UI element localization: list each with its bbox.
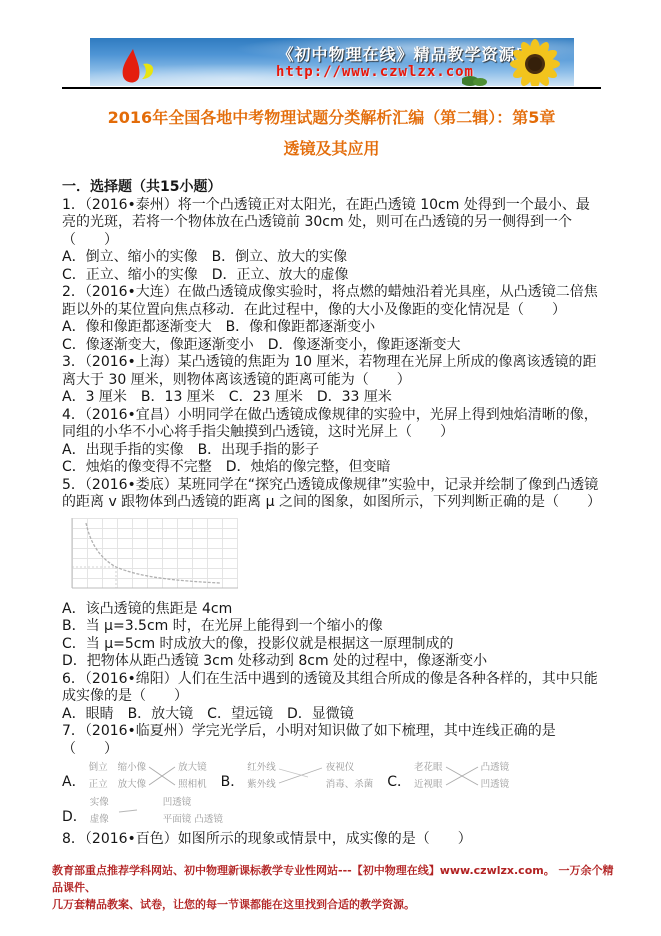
question-stem: 5．（2016•娄底）某班同学在“探究凸透镜成像规律”实验中，记录并绘制了像到凸… [62, 477, 601, 512]
question-stem: 7．（2016•临夏州）学完光学后，小明对知识做了如下梳理，其中连线正确的是（ … [62, 723, 601, 758]
page-title-line2: 透镜及其应用 [62, 133, 601, 164]
option-label: A． [62, 775, 89, 791]
option-line: A．3 厘米 B．13 厘米 C．23 厘米 D．33 厘米 [62, 389, 601, 407]
document-page: 《初中物理在线》精品教学资源库 http://www.czwlzx.com [0, 0, 661, 936]
option-line: C．正立、缩小的实像 D．正立、放大的虚像 [62, 267, 601, 285]
option-line: B．当 μ=3.5cm 时，在光屏上能得到一个缩小的像 [62, 618, 601, 636]
diagram-term: 凹透镜 [481, 778, 510, 791]
option-line: C．烛焰的像变得不完整 D．烛焰的像完整，但变暗 [62, 459, 601, 477]
question-stem: 3．（2016•上海）某凸透镜的焦距为 10 厘米，若物理在光屏上所成的像离该透… [62, 354, 601, 389]
q5-v-u-graph [62, 515, 248, 599]
header-divider [62, 87, 601, 89]
diagram-term: 夜视仪 [326, 761, 374, 774]
diagram-term: 红外线 [247, 761, 276, 774]
page-title-line1: 2016年全国各地中考物理试题分类解析汇编（第二辑）：第5章 [62, 102, 601, 133]
diagram-term: 消毒、杀菌 [326, 778, 374, 791]
site-logo-icon [114, 48, 162, 86]
option-line: A．像和像距都逐渐变大 B．像和像距都逐渐变小 [62, 319, 601, 337]
diagram-term: 缩小像 [118, 761, 147, 774]
diagram-term: 放大镜 [178, 761, 207, 774]
diagram-term: 凸透镜 [481, 761, 510, 774]
q7-group-c: C． 老花眼 近视眼 凸透镜 [387, 761, 509, 791]
page-footer: 教育部重点推荐学科网站、初中物理新课标教学专业性网站---【初中物理在线】www… [52, 862, 614, 913]
question-stem: 8．（2016•百色）如图所示的现象或情景中，成实像的是（ ） [62, 831, 601, 849]
diagram-term: 紫外线 [247, 778, 276, 791]
option-line: C．像逐渐变大，像距逐渐变小 D．像逐渐变小，像距逐渐变大 [62, 337, 601, 355]
section-heading: 一．选择题（共15小题） [62, 179, 601, 197]
option-line: C．当 μ=5cm 时成放大的像，投影仪就是根据这一原理制成的 [62, 636, 601, 654]
cross-connector-icon [148, 763, 176, 789]
option-label: B． [221, 775, 248, 791]
question-stem: 1．（2016•泰州）将一个凸透镜正对太阳光，在距凸透镜 10cm 处得到一个最… [62, 197, 601, 250]
question-7: 7．（2016•临夏州）学完光学后，小明对知识做了如下梳理，其中连线正确的是（ … [62, 723, 601, 826]
graph-curve [62, 515, 248, 599]
question-stem: 4．（2016•宜昌）小明同学在做凸透镜成像规律的实验中，光屏上得到烛焰清晰的像… [62, 407, 601, 442]
line-connector-icon [278, 763, 324, 789]
diagram-term: 照相机 [178, 778, 207, 791]
diagram-term: 放大像 [118, 778, 147, 791]
q7-connection-diagram: A． 倒立 正立 缩小像 放大像 [62, 761, 601, 826]
option-label: D． [62, 810, 90, 826]
diagram-term: 老花眼 [414, 761, 443, 774]
question-4: 4．（2016•宜昌）小明同学在做凸透镜成像规律的实验中，光屏上得到烛焰清晰的像… [62, 407, 601, 477]
sunflower-image [502, 38, 568, 86]
diagram-term: 实像 [90, 796, 109, 809]
q7-group-d: D． 实像 虚像 凹透 [62, 796, 223, 826]
page-title: 2016年全国各地中考物理试题分类解析汇编（第二辑）：第5章 透镜及其应用 [62, 102, 601, 164]
question-3: 3．（2016•上海）某凸透镜的焦距为 10 厘米，若物理在光屏上所成的像离该透… [62, 354, 601, 407]
option-line: D．把物体从距凸透镜 3cm 处移动到 8cm 处的过程中，像逐渐变小 [62, 653, 601, 671]
document-content: 《初中物理在线》精品教学资源库 http://www.czwlzx.com [62, 0, 601, 849]
line-connector-icon [109, 798, 163, 824]
site-header-banner: 《初中物理在线》精品教学资源库 http://www.czwlzx.com [90, 38, 574, 86]
diagram-term: 凹透镜 [163, 796, 223, 809]
question-stem: 6．（2016•绵阳）人们在生活中遇到的透镜及其组合所成的像是各种各样的，其中只… [62, 671, 601, 706]
question-2: 2．（2016•大连）在做凸透镜成像实验时，将点燃的蜡烛沿着光具座，从凸透镜二倍… [62, 284, 601, 354]
q7-group-b: B． 红外线 紫外线 夜视仪 [221, 761, 374, 791]
q7-group-a: A． 倒立 正立 缩小像 放大像 [62, 761, 207, 791]
diagram-term: 近视眼 [414, 778, 443, 791]
footer-line1: 教育部重点推荐学科网站、初中物理新课标教学专业性网站---【初中物理在线】www… [52, 862, 614, 896]
diagram-term: 正立 [89, 778, 108, 791]
option-line: A．眼睛 B．放大镜 C．望远镜 D．显微镜 [62, 706, 601, 724]
question-8: 8．（2016•百色）如图所示的现象或情景中，成实像的是（ ） [62, 831, 601, 849]
question-6: 6．（2016•绵阳）人们在生活中遇到的透镜及其组合所成的像是各种各样的，其中只… [62, 671, 601, 724]
footer-line2: 几万套精品教案、试卷，让您的每一节课都能在这里找到合适的教学资源。 [52, 896, 614, 913]
question-stem: 2．（2016•大连）在做凸透镜成像实验时，将点燃的蜡烛沿着光具座，从凸透镜二倍… [62, 284, 601, 319]
option-label: C． [387, 775, 414, 791]
cross-connector-icon [445, 763, 479, 789]
option-line: A．出现手指的实像 B．出现手指的影子 [62, 442, 601, 460]
diagram-term: 平面镜 凸透镜 [163, 813, 223, 826]
option-line: A．倒立、缩小的实像 B．倒立、放大的实像 [62, 249, 601, 267]
question-1: 1．（2016•泰州）将一个凸透镜正对太阳光，在距凸透镜 10cm 处得到一个最… [62, 197, 601, 285]
diagram-term: 倒立 [89, 761, 108, 774]
diagram-term: 虚像 [90, 813, 109, 826]
foliage-image [462, 70, 488, 86]
option-line: A．该凸透镜的焦距是 4cm [62, 601, 601, 619]
question-5: 5．（2016•娄底）某班同学在“探究凸透镜成像规律”实验中，记录并绘制了像到凸… [62, 477, 601, 671]
